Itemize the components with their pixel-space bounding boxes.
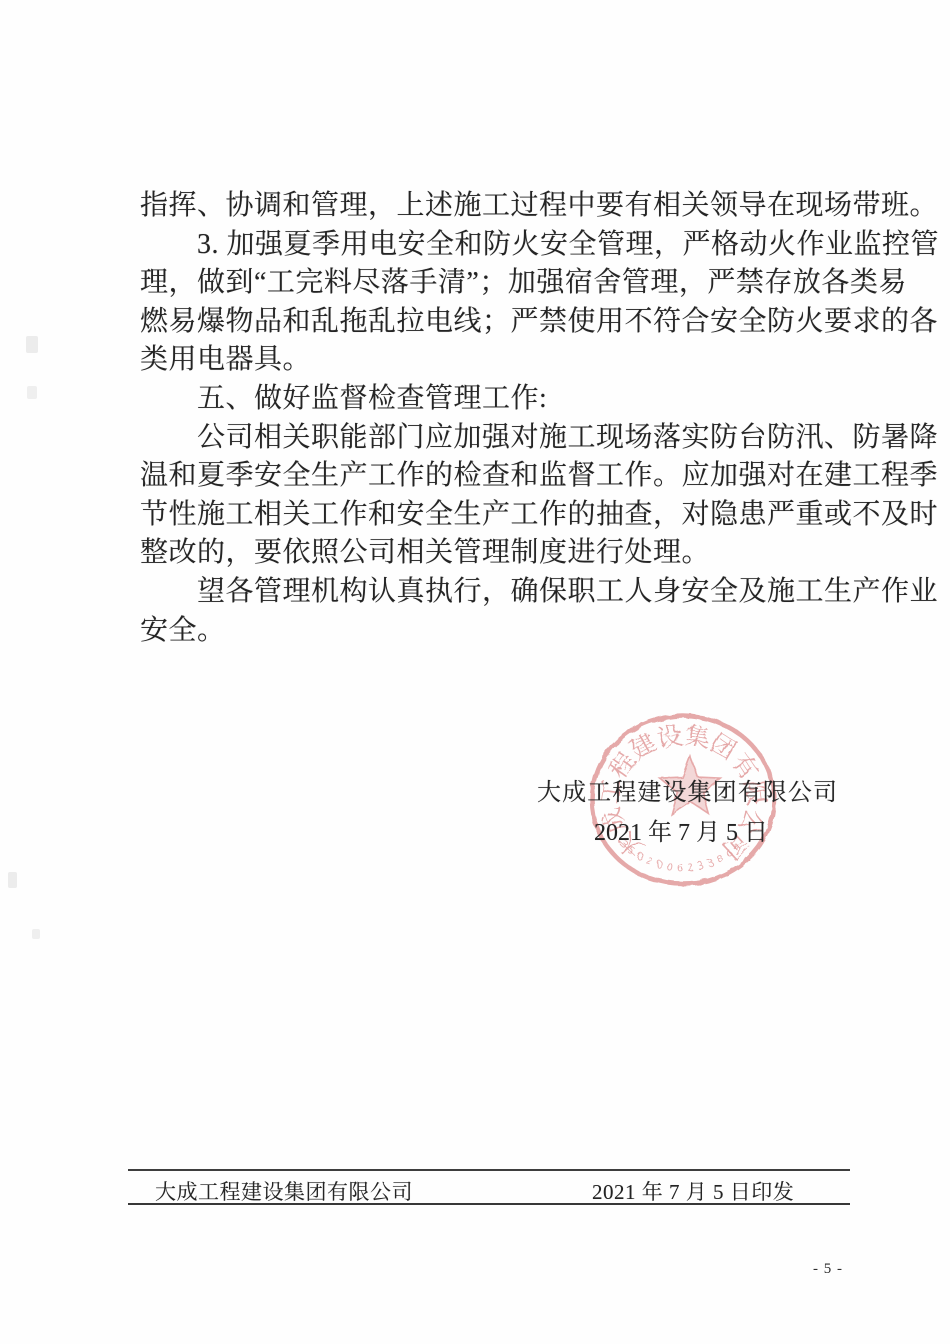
page-number: - 5 - — [806, 1261, 850, 1278]
signature-company-name: 大成工程建设集团有限公司 — [537, 777, 837, 809]
body-line: 整改的，要依照公司相关管理制度进行处理。 — [140, 534, 847, 573]
issuance-footer-bar: 大成工程建设集团有限公司 2021 年 7 月 5 日印发 — [128, 1169, 850, 1205]
section-heading: 五、做好监督检查管理工作: — [140, 380, 847, 419]
body-line: 公司相关职能部门应加强对施工现场落实防台防汛、防暑降 — [140, 419, 847, 458]
body-line: 指挥、协调和管理，上述施工过程中要有相关领导在现场带班。 — [140, 187, 847, 226]
scan-smudge — [26, 336, 38, 353]
signature-date: 2021 年 7 月 5 日 — [594, 818, 774, 848]
footer-issuer-name: 大成工程建设集团有限公司 — [155, 1176, 413, 1206]
document-body: 指挥、协调和管理，上述施工过程中要有相关领导在现场带班。 3. 加强夏季用电安全… — [140, 187, 847, 650]
body-line: 燃易爆物品和乱拖乱拉电线；严禁使用不符合安全防火要求的各 — [140, 303, 847, 342]
body-line: 节性施工相关工作和安全生产工作的抽查，对隐患严重或不及时 — [140, 496, 847, 535]
body-line: 温和夏季安全生产工作的检查和监督工作。应加强对在建工程季 — [140, 457, 847, 496]
body-line: 类用电器具。 — [140, 341, 847, 380]
footer-issue-date: 2021 年 7 月 5 日印发 — [592, 1176, 794, 1206]
scanned-document-page: 指挥、协调和管理，上述施工过程中要有相关领导在现场带班。 3. 加强夏季用电安全… — [0, 0, 950, 1344]
body-line: 理，做到“工完料尽落手清”；加强宿舍管理，严禁存放各类易 — [140, 264, 847, 303]
body-line: 3. 加强夏季用电安全和防火安全管理，严格动火作业监控管 — [140, 226, 847, 265]
scan-smudge — [8, 872, 17, 888]
body-line: 安全。 — [140, 612, 847, 651]
scan-smudge — [27, 386, 37, 399]
scan-smudge — [32, 929, 40, 939]
body-line: 望各管理机构认真执行，确保职工人身安全及施工生产作业 — [140, 573, 847, 612]
